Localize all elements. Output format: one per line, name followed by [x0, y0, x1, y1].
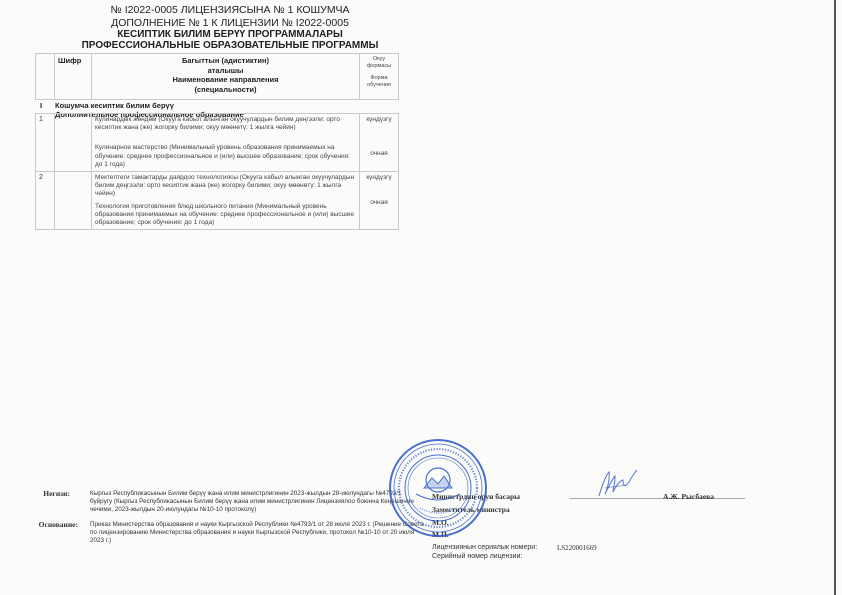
- header-cell-code: Шифр: [55, 54, 92, 100]
- row-name-ky: Кулинардык жөндөм (Окууга кабыл алынган …: [95, 116, 356, 132]
- column-name-ky-1: Багыттын (адистиктин): [95, 56, 356, 66]
- header-cell-form: Окуу формасы Форма обучения: [360, 54, 399, 100]
- row-number: 1: [36, 114, 55, 172]
- header-line-4: ПРОФЕССИОНАЛЬНЫЕ ОБРАЗОВАТЕЛЬНЫЕ ПРОГРАМ…: [60, 40, 400, 51]
- row-form: күндүзгү очная: [360, 114, 399, 172]
- row-form-ky: күндүзгү: [363, 116, 395, 123]
- row-form-ru: очная: [363, 150, 395, 157]
- serial-label-ky: Лицензиянын сериялык номери:: [432, 544, 537, 551]
- basis-ky-text: Кыргыз Республикасынын Билим берүү жана …: [90, 490, 425, 513]
- column-name-ru-2: (специальности): [95, 85, 356, 95]
- signature-icon: [595, 468, 640, 500]
- column-form-ky: Окуу формасы: [363, 56, 395, 69]
- row-form-ru: очная: [363, 199, 395, 206]
- programs-table-header: Шифр Багыттын (адистиктин) аталышы Наиме…: [35, 53, 399, 100]
- header-cell-number: [36, 54, 55, 100]
- table-row: 2 Мектептеги тамактарды даярдоо технолог…: [36, 172, 399, 230]
- row-name-ky: Мектептеги тамактарды даярдоо технология…: [95, 174, 356, 199]
- row-code: [55, 114, 92, 172]
- section-number: I: [40, 101, 42, 110]
- row-code: [55, 172, 92, 230]
- serial-label-ru: Серийный номер лицензии:: [432, 553, 522, 560]
- basis-ky-label: Негизи:: [0, 489, 70, 498]
- serial-value: LS220001669: [557, 544, 597, 552]
- official-stamp-icon: [388, 438, 488, 538]
- row-name-ru: Кулинарное мастерство (Минимальный урове…: [95, 144, 356, 169]
- column-name-ky-2: аталышы: [95, 66, 356, 76]
- header-cell-name: Багыттын (адистиктин) аталышы Наименован…: [92, 54, 360, 100]
- row-description: Кулинардык жөндөм (Окууга кабыл алынган …: [92, 114, 360, 172]
- basis-ru-text: Приказ Министерства образования и науки …: [90, 521, 425, 544]
- row-name-ru: Технология приготовления блюд школьного …: [95, 203, 356, 228]
- column-form-ru: Форма обучения: [363, 75, 395, 88]
- programs-table: 1 Кулинардык жөндөм (Окууга кабыл алынга…: [35, 113, 399, 230]
- row-form: күндүзгү очная: [360, 172, 399, 230]
- page-edge: [834, 0, 836, 595]
- column-name-ru-1: Наименование направления: [95, 75, 356, 85]
- header-line-3: КЕСИПТИК БИЛИМ БЕРҮҮ ПРОГРАММАЛАРЫ: [60, 29, 400, 40]
- section-title-ky: Кошумча кесиптик билим берүү: [55, 101, 174, 110]
- row-description: Мектептеги тамактарды даярдоо технология…: [92, 172, 360, 230]
- header-line-2: ДОПОЛНЕНИЕ № 1 К ЛИЦЕНЗИИ № I2022-0005: [60, 17, 400, 29]
- basis-ru-label: Основание:: [8, 520, 78, 529]
- row-number: 2: [36, 172, 55, 230]
- signatory-name: А.Ж. Рысбаева: [663, 492, 714, 501]
- header-line-1: № I2022-0005 ЛИЦЕНЗИЯСЫНА № 1 КОШУМЧА: [60, 4, 400, 16]
- table-row: 1 Кулинардык жөндөм (Окууга кабыл алынга…: [36, 114, 399, 172]
- row-form-ky: күндүзгү: [363, 174, 395, 181]
